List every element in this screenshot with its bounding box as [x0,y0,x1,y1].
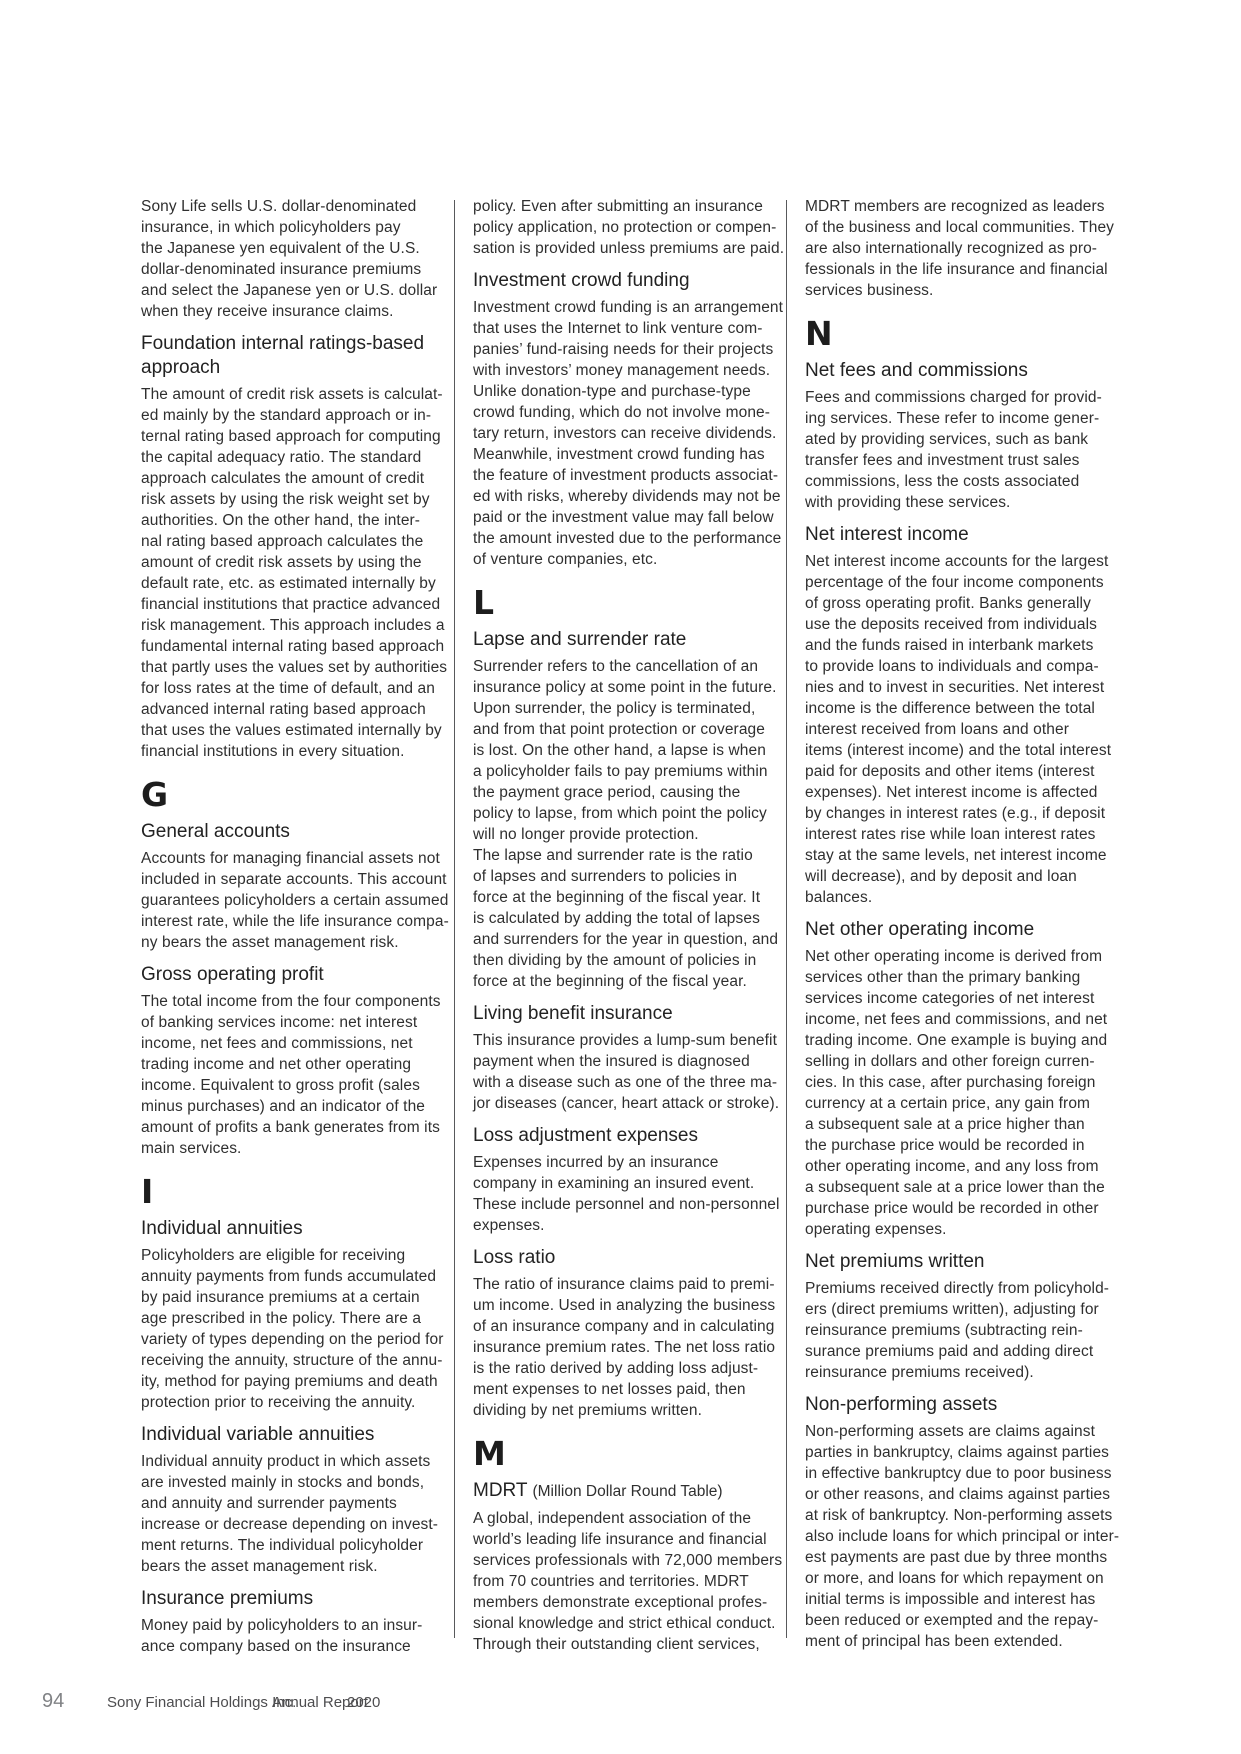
glossary-column-3: MDRT members are recognized as leaders o… [805,196,1187,1652]
glossary-term-heading: Net other operating income [805,918,1187,942]
glossary-term-heading: Investment crowd funding [473,269,855,293]
glossary-definition: Net other operating income is derived fr… [805,946,1187,1240]
glossary-term-heading: Living benefit insurance [473,1002,855,1026]
section-letter-i: I [141,1177,523,1207]
glossary-definition: The amount of credit risk assets is calc… [141,384,523,762]
page-number: 94 [42,1690,64,1713]
glossary-term-heading: Gross operating profit [141,963,523,987]
glossary-definition: Money paid by policyholders to an insur-… [141,1615,523,1657]
glossary-definition: Sony Life sells U.S. dollar-denominated … [141,196,523,322]
glossary-term-heading: Net fees and commissions [805,359,1187,383]
glossary-term-heading: Loss ratio [473,1246,855,1270]
glossary-term-heading: General accounts [141,820,523,844]
glossary-definition: policy. Even after submitting an insuran… [473,196,855,259]
glossary-definition: Expenses incurred by an insurance compan… [473,1152,855,1236]
section-letter-m: M [473,1439,855,1469]
glossary-term-heading: Insurance premiums [141,1587,523,1611]
glossary-definition: Individual annuity product in which asse… [141,1451,523,1577]
glossary-term-heading: Lapse and surrender rate [473,628,855,652]
glossary-term-heading: Individual variable annuities [141,1423,523,1447]
footer-company-name: Sony Financial Holdings Inc. [107,1694,296,1711]
glossary-definition: Net interest income accounts for the lar… [805,551,1187,908]
glossary-definition: The total income from the four component… [141,991,523,1159]
glossary-term-heading: Individual annuities [141,1217,523,1241]
section-letter-l: L [473,588,855,618]
glossary-term-heading: Loss adjustment expenses [473,1124,855,1148]
glossary-term-heading-mdrt: MDRT (Million Dollar Round Table) [473,1479,855,1504]
glossary-term-heading: Net interest income [805,523,1187,547]
glossary-definition: The ratio of insurance claims paid to pr… [473,1274,855,1421]
mdrt-term: MDRT [473,1480,527,1501]
glossary-definition: Surrender refers to the cancellation of … [473,656,855,992]
glossary-definition: MDRT members are recognized as leaders o… [805,196,1187,301]
section-letter-g: G [141,780,523,810]
glossary-definition: Non-performing assets are claims against… [805,1421,1187,1652]
glossary-definition: This insurance provides a lump-sum benef… [473,1030,855,1114]
glossary-page: Sony Life sells U.S. dollar-denominated … [0,0,1241,1754]
glossary-column-2: policy. Even after submitting an insuran… [473,196,855,1655]
glossary-definition: Accounts for managing financial assets n… [141,848,523,953]
footer-report-year: 2020 [347,1694,380,1711]
mdrt-term-sub: (Million Dollar Round Table) [532,1483,722,1500]
glossary-column-1: Sony Life sells U.S. dollar-denominated … [141,196,523,1657]
glossary-term-heading: Foundation internal ratings-based approa… [141,332,523,380]
glossary-definition: Premiums received directly from policyho… [805,1278,1187,1383]
section-letter-n: N [805,319,1187,349]
glossary-definition: Fees and commissions charged for provid-… [805,387,1187,513]
glossary-definition: A global, independent association of the… [473,1508,855,1655]
glossary-term-heading: Net premiums written [805,1250,1187,1274]
glossary-definition: Investment crowd funding is an arrangeme… [473,297,855,570]
glossary-definition: Policyholders are eligible for receiving… [141,1245,523,1413]
glossary-term-heading: Non-performing assets [805,1393,1187,1417]
